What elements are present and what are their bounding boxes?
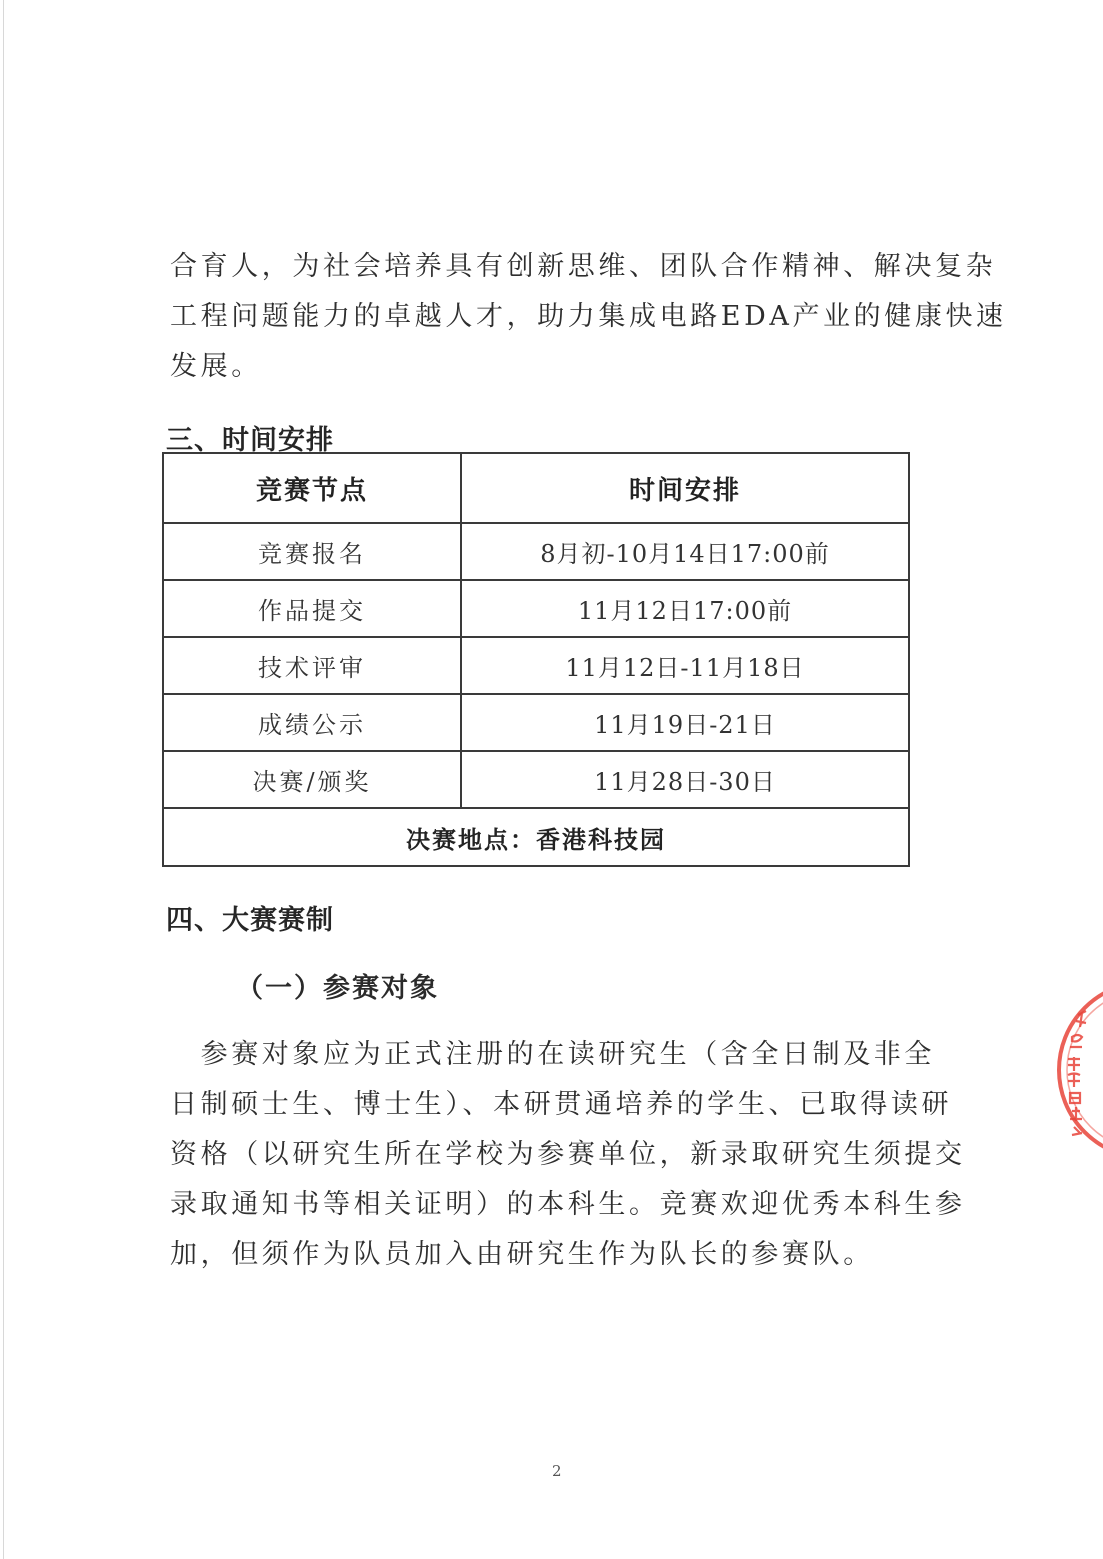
time-cell: 11月12日-11月18日 — [461, 637, 909, 694]
subsection-heading-eligibility: （一）参赛对象 — [236, 966, 439, 1005]
text-line: 合育人，为社会培养具有创新思维、团队合作精神、解决复杂 — [170, 242, 940, 292]
text-line: 工程问题能力的卓越人才，助力集成电路EDA产业的健康快速 — [170, 292, 940, 342]
text-line: 加，但须作为队员加入由研究生作为队长的参赛队。 — [170, 1230, 940, 1280]
table-row: 技术评审 11月12日-11月18日 — [163, 637, 909, 694]
text-line: 录取通知书等相关证明）的本科生。竞赛欢迎优秀本科生参 — [170, 1180, 940, 1230]
stage-cell: 成绩公示 — [163, 694, 461, 751]
eligibility-paragraph: 参赛对象应为正式注册的在读研究生（含全日制及非全 日制硕士生、博士生）、本研贯通… — [170, 1030, 940, 1280]
stage-cell: 技术评审 — [163, 637, 461, 694]
stage-cell: 决赛/颁奖 — [163, 751, 461, 808]
page-number: 2 — [552, 1462, 562, 1480]
table-row: 竞赛报名 8月初-10月14日17:00前 — [163, 523, 909, 580]
time-cell: 8月初-10月14日17:00前 — [461, 523, 909, 580]
intro-paragraph: 合育人，为社会培养具有创新思维、团队合作精神、解决复杂 工程问题能力的卓越人才，… — [170, 242, 940, 392]
stage-cell: 作品提交 — [163, 580, 461, 637]
text-line: 参赛对象应为正式注册的在读研究生（含全日制及非全 — [170, 1030, 940, 1080]
table-row: 作品提交 11月12日17:00前 — [163, 580, 909, 637]
column-header-time: 时间安排 — [461, 453, 909, 523]
scan-edge-line — [3, 0, 4, 1559]
text-line: 资格（以研究生所在学校为参赛单位，新录取研究生须提交 — [170, 1130, 940, 1180]
time-cell: 11月12日17:00前 — [461, 580, 909, 637]
time-cell: 11月19日-21日 — [461, 694, 909, 751]
section-heading-rules: 四、大赛赛制 — [166, 898, 334, 937]
schedule-table: 竞赛节点 时间安排 竞赛报名 8月初-10月14日17:00前 作品提交 11月… — [162, 452, 910, 867]
table-footer-row: 决赛地点：香港科技园 — [163, 808, 909, 866]
table-header-row: 竞赛节点 时间安排 — [163, 453, 909, 523]
column-header-stage: 竞赛节点 — [163, 453, 461, 523]
table-row: 成绩公示 11月19日-21日 — [163, 694, 909, 751]
final-venue-cell: 决赛地点：香港科技园 — [163, 808, 909, 866]
text-line: 发展。 — [170, 342, 940, 392]
text-line: 日制硕士生、博士生）、本研贯通培养的学生、已取得读研 — [170, 1080, 940, 1130]
official-seal-icon — [1052, 975, 1103, 1165]
time-cell: 11月28日-30日 — [461, 751, 909, 808]
stage-cell: 竞赛报名 — [163, 523, 461, 580]
table-row: 决赛/颁奖 11月28日-30日 — [163, 751, 909, 808]
